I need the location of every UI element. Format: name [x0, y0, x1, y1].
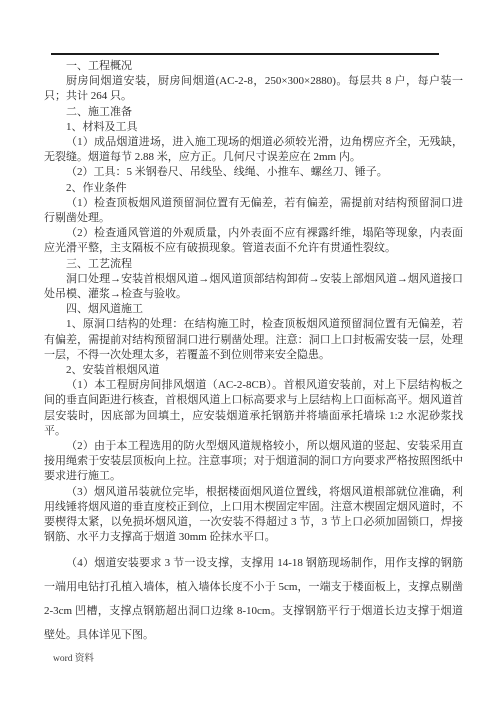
page-header-rule — [51, 53, 439, 55]
document-page: 一、工程概况 厨房间烟道安装，厨房间烟道(AC-2-8，250×300×2880… — [0, 0, 496, 702]
paragraph-install-2: （2）由于本工程选用的防火型烟风道规格较小，所以烟风道的竖起、安装采用直接用绳索… — [44, 439, 463, 485]
paragraph-install-1: （1）本工程厨房间排风烟道（AC-2-8CB）。首根风道安装前，对上下层结构板之… — [44, 378, 463, 439]
paragraph-conditions-1: （1）检查顶板烟风道预留洞位置有无偏差，若有偏差，需提前对结构预留洞口进行剔凿处… — [44, 196, 463, 226]
section-heading-construction: 四、烟风道施工 — [44, 302, 463, 317]
section-heading-preparation: 二、施工准备 — [44, 105, 463, 120]
paragraph-materials-2: （2）工具：5 米钢卷尺、吊线坠、线绳、小推车、螺丝刀、锤子。 — [44, 165, 463, 180]
paragraph-opening-treatment: 1、原洞口结构的处理：在结构施工时，检查顶板烟风道预留洞位置有无偏差，若有偏差，… — [44, 317, 463, 363]
paragraph-process-flow: 洞口处理→安装首根烟风道→烟风道顶部结构卸荷→安装上部烟风道→烟风道接口处吊模、… — [44, 272, 463, 302]
paragraph-overview: 厨房间烟道安装，厨房间烟道(AC-2-8，250×300×2880)。每层共 8… — [44, 74, 463, 104]
paragraph-install-4: （4）烟道安装要求 3 节一设支撑，支撑用 14-18 钢筋现场制作，用作支撑的… — [44, 546, 463, 647]
watermark-label: word 资料 — [53, 650, 94, 664]
subheading-materials-tools: 1、材料及工具 — [44, 120, 463, 135]
section-heading-process-flow: 三、工艺流程 — [44, 257, 463, 272]
section-heading-overview: 一、工程概况 — [44, 59, 463, 74]
subheading-first-duct-install: 2、安装首根烟风道 — [44, 363, 463, 378]
paragraph-conditions-2: （2）检查通风管道的外观质量，内外表面不应有裸露纤维，塌陷等现象，内表面应光滑平… — [44, 226, 463, 256]
document-body: 一、工程概况 厨房间烟道安装，厨房间烟道(AC-2-8，250×300×2880… — [44, 59, 463, 647]
paragraph-install-3: （3）烟风道吊装就位完毕，根据楼面烟风道位置线，将烟风道根部就位准确，利用线锤将… — [44, 485, 463, 546]
subheading-work-conditions: 2、作业条件 — [44, 181, 463, 196]
paragraph-materials-1: （1）成品烟道进场，进入施工现场的烟道必须较光滑，边角楞应齐全，无残缺，无裂缝。… — [44, 135, 463, 165]
